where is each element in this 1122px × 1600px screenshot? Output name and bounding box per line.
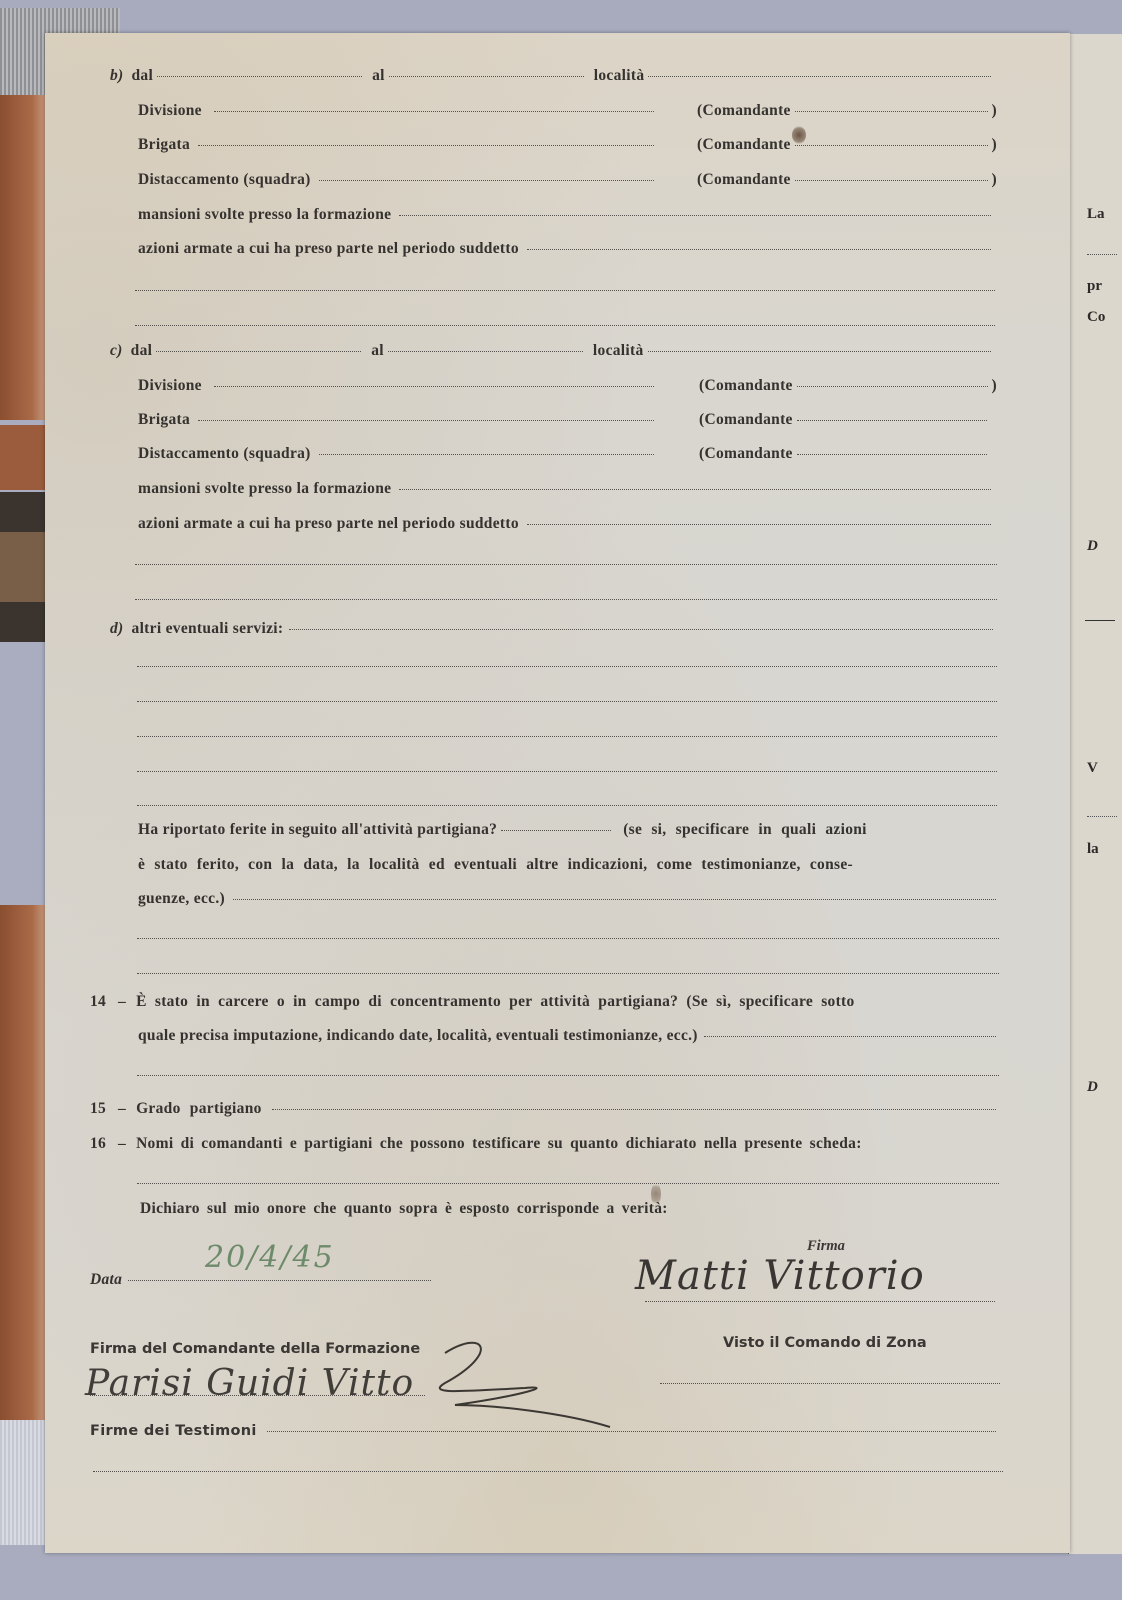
al-label: al (372, 67, 385, 85)
section-c-brigata-comandante-row: (Comandante (699, 411, 991, 429)
azioni-field[interactable] (527, 249, 991, 250)
azioni-continuation-line[interactable] (135, 325, 995, 326)
adjacent-dotted-line (1087, 816, 1117, 817)
section-d-marker: d) (110, 620, 124, 638)
divisione-comandante-field[interactable] (797, 386, 988, 387)
altri-servizi-continuation-line[interactable] (137, 736, 997, 737)
altri-servizi-continuation-line[interactable] (137, 666, 997, 667)
section-b-mansioni-row: mansioni svolte presso la formazione (138, 206, 995, 224)
testimoni-names-label: Nomi di comandanti e partigiani che poss… (136, 1135, 862, 1153)
question-14-number: 14 (90, 993, 112, 1011)
mansioni-label: mansioni svolte presso la formazione (138, 206, 391, 224)
comandante-label: (Comandante (697, 171, 791, 189)
section-c-marker: c) (110, 342, 123, 360)
section-c-divisione-row: Divisione (138, 377, 658, 395)
azioni-continuation-line[interactable] (135, 599, 997, 600)
dark-binding-strip (0, 602, 46, 642)
section-b-azioni-row: azioni armate a cui ha preso parte nel p… (138, 240, 995, 258)
ink-stain (651, 1183, 661, 1205)
section-b-distaccamento-row: Distaccamento (squadra) (138, 171, 658, 189)
witnesses-continuation-line[interactable] (93, 1471, 1003, 1472)
comandante-label: (Comandante (699, 445, 793, 463)
divisione-label: Divisione (138, 102, 202, 120)
section-d-row: d) altri eventuali servizi: (110, 620, 997, 638)
dash-separator: – (118, 993, 126, 1011)
section-b-period-row: b) dal al località (110, 67, 995, 85)
applicant-signature: Matti Vittorio (635, 1253, 925, 1299)
commander-signature-line[interactable] (90, 1395, 425, 1396)
mansioni-field[interactable] (399, 489, 991, 490)
comandante-label: (Comandante (699, 377, 793, 395)
comandante-label: (Comandante (697, 136, 791, 154)
dal-field[interactable] (156, 351, 361, 352)
date-handwritten-value: 20/4/45 (205, 1240, 335, 1275)
al-field[interactable] (388, 351, 583, 352)
question-14-text-continued: quale precisa imputazione, indicando dat… (138, 1027, 698, 1045)
dash-separator: – (118, 1100, 126, 1118)
section-c-divisione-comandante-row: (Comandante ) (699, 377, 997, 395)
witnesses-field[interactable] (267, 1431, 996, 1432)
wood-binding-strip (0, 905, 46, 1420)
zone-command-signature-line[interactable] (660, 1383, 1000, 1384)
localita-field[interactable] (648, 351, 991, 352)
altri-servizi-field[interactable] (289, 629, 993, 630)
ferite-question: Ha riportato ferite in seguito all'attiv… (138, 821, 497, 839)
distaccamento-field[interactable] (319, 180, 654, 181)
dark-binding-strip (0, 492, 46, 532)
divisione-field[interactable] (214, 111, 654, 112)
ferite-instructions-end: guenze, ecc.) (138, 890, 225, 908)
wood-binding-strip (0, 95, 46, 420)
testimoni-names-line[interactable] (137, 1183, 999, 1184)
grado-partigiano-field[interactable] (272, 1109, 996, 1110)
section-b-brigata-row: Brigata (138, 136, 658, 154)
localita-label: località (593, 342, 644, 360)
divisione-comandante-field[interactable] (795, 111, 988, 112)
azioni-label: azioni armate a cui ha preso parte nel p… (138, 240, 519, 258)
witnesses-row: Firme dei Testimoni (90, 1423, 1000, 1439)
zone-command-label: Visto il Comando di Zona (723, 1335, 927, 1351)
question-16-row: 16 – Nomi di comandanti e partigiani che… (90, 1135, 1002, 1153)
al-label: al (371, 342, 384, 360)
background-bottom (0, 1545, 1122, 1600)
ferite-row-1: Ha riportato ferite in seguito all'attiv… (138, 821, 1000, 839)
date-label: Data (90, 1271, 122, 1289)
ferite-row-3: guenze, ecc.) (138, 890, 1000, 908)
azioni-continuation-line[interactable] (135, 564, 997, 565)
comandante-label: (Comandante (697, 102, 791, 120)
signature-flourish (405, 1333, 625, 1433)
wood-binding-strip (0, 425, 46, 490)
al-field[interactable] (389, 76, 584, 77)
close-paren: ) (992, 136, 997, 154)
question-15-row: 15 – Grado partigiano (90, 1100, 1000, 1118)
ferite-details-field[interactable] (233, 899, 996, 900)
section-c-brigata-row: Brigata (138, 411, 658, 429)
question-14-field[interactable] (704, 1036, 996, 1037)
section-c-distaccamento-row: Distaccamento (squadra) (138, 445, 658, 463)
section-c-azioni-row: azioni armate a cui ha preso parte nel p… (138, 515, 995, 533)
section-b-distaccamento-comandante-row: (Comandante ) (697, 171, 997, 189)
declaration-text: Dichiaro sul mio onore che quanto sopra … (140, 1200, 668, 1218)
comandante-label: (Comandante (699, 411, 793, 429)
section-b-divisione-row: Divisione (138, 102, 658, 120)
declaration-row: Dichiaro sul mio onore che quanto sopra … (140, 1200, 840, 1218)
close-paren: ) (992, 102, 997, 120)
divisione-field[interactable] (214, 386, 654, 387)
section-b-divisione-comandante-row: (Comandante ) (697, 102, 997, 120)
commander-signature-label: Firma del Comandante della Formazione (90, 1341, 420, 1357)
divisione-label: Divisione (138, 377, 202, 395)
brigata-label: Brigata (138, 411, 190, 429)
grado-partigiano-label: Grado partigiano (136, 1100, 262, 1118)
dal-label: dal (132, 67, 154, 85)
azioni-field[interactable] (527, 524, 991, 525)
brigata-comandante-field[interactable] (797, 420, 987, 421)
dal-label: dal (131, 342, 153, 360)
distaccamento-label: Distaccamento (squadra) (138, 171, 311, 189)
ferite-row-2: è stato ferito, con la data, la località… (138, 856, 1000, 874)
section-b-brigata-comandante-row: (Comandante ) (697, 136, 997, 154)
localita-field[interactable] (648, 76, 991, 77)
section-c-period-row: c) dal al località (110, 342, 995, 360)
question-14-row-1: 14 – È stato in carcere o in campo di co… (90, 993, 1002, 1011)
section-c-distaccamento-comandante-row: (Comandante (699, 445, 991, 463)
close-paren: ) (992, 377, 997, 395)
ferite-answer-field[interactable] (501, 830, 611, 831)
question-14-row-2: quale precisa imputazione, indicando dat… (138, 1027, 1000, 1045)
question-15-number: 15 (90, 1100, 112, 1118)
ferite-continuation-line[interactable] (137, 938, 999, 939)
brigata-field[interactable] (198, 420, 654, 421)
commander-signature: Parisi Guidi Vitto (85, 1363, 414, 1404)
azioni-continuation-line[interactable] (135, 290, 995, 291)
signature-line[interactable] (645, 1301, 995, 1302)
altri-servizi-continuation-line[interactable] (137, 701, 997, 702)
ink-stain (792, 126, 806, 144)
azioni-label: azioni armate a cui ha preso parte nel p… (138, 515, 519, 533)
adjacent-dotted-line (1087, 254, 1117, 255)
ferite-note: (se si, specificare in quali azioni (623, 821, 867, 839)
dal-field[interactable] (157, 76, 362, 77)
adjacent-text-fragment: la (1087, 841, 1099, 858)
question-14-text: È stato in carcere o in campo di concent… (136, 993, 855, 1011)
form-page: b) dal al località Divisione (Comandante… (45, 33, 1070, 1553)
adjacent-page: La pr Co D V la D (1068, 34, 1122, 1554)
altri-servizi-continuation-line[interactable] (137, 805, 997, 806)
brigata-field[interactable] (198, 145, 654, 146)
date-field[interactable] (128, 1280, 431, 1281)
brigata-comandante-field[interactable] (795, 145, 988, 146)
localita-label: località (594, 67, 645, 85)
section-c-mansioni-row: mansioni svolte presso la formazione (138, 480, 995, 498)
close-paren: ) (992, 171, 997, 189)
adjacent-text-fragment: La (1087, 206, 1105, 223)
dash-separator: – (118, 1135, 126, 1153)
question-16-number: 16 (90, 1135, 112, 1153)
adjacent-text-fragment: pr (1087, 278, 1102, 295)
wood-binding-strip (0, 532, 46, 602)
mansioni-label: mansioni svolte presso la formazione (138, 480, 391, 498)
distaccamento-comandante-field[interactable] (797, 454, 987, 455)
brigata-label: Brigata (138, 136, 190, 154)
adjacent-text-fragment: V (1087, 760, 1098, 777)
witnesses-label: Firme dei Testimoni (90, 1423, 257, 1439)
ferite-instructions: è stato ferito, con la data, la località… (138, 856, 853, 874)
adjacent-text-fragment: D (1087, 1079, 1098, 1096)
mansioni-field[interactable] (399, 215, 991, 216)
altri-servizi-continuation-line[interactable] (137, 771, 997, 772)
background-top (0, 0, 1122, 36)
section-b-marker: b) (110, 67, 124, 85)
ferite-continuation-line[interactable] (137, 973, 999, 974)
distaccamento-field[interactable] (319, 454, 654, 455)
distaccamento-label: Distaccamento (squadra) (138, 445, 311, 463)
question-14-continuation-line[interactable] (137, 1075, 999, 1076)
adjacent-rule (1085, 620, 1115, 621)
altri-servizi-label: altri eventuali servizi: (132, 620, 284, 638)
adjacent-text-fragment: D (1087, 538, 1098, 555)
adjacent-text-fragment: Co (1087, 309, 1105, 326)
distaccamento-comandante-field[interactable] (795, 180, 988, 181)
